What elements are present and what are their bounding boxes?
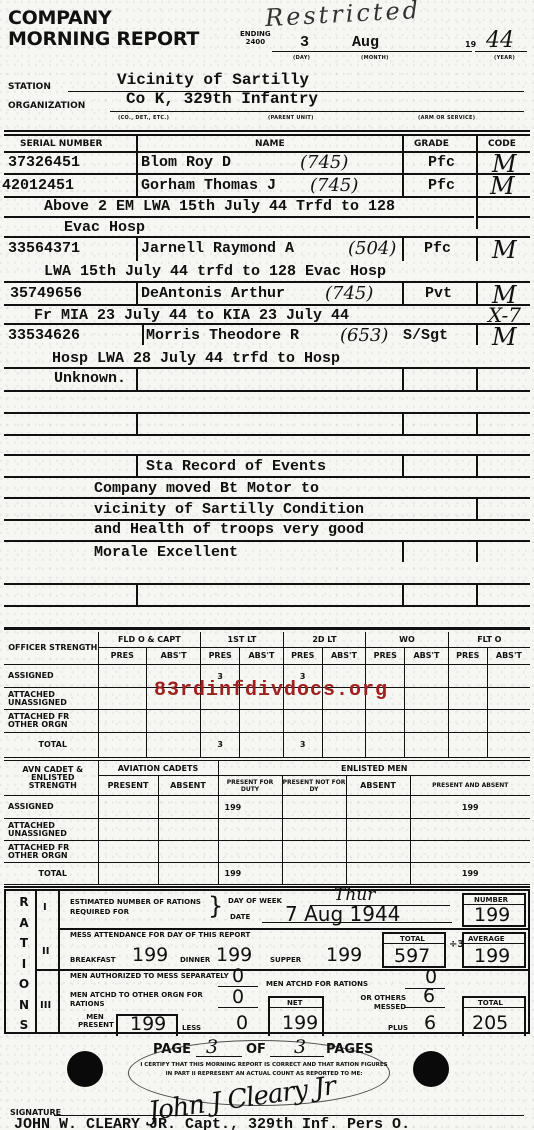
col-divider (136, 412, 138, 434)
col-divider (136, 454, 138, 476)
co-caption: (CO., DET., ETC.) (118, 115, 169, 121)
sub-abst: ABS'T (405, 647, 448, 664)
soldier-name: DeAntonis Arthur (141, 285, 285, 302)
col-serial-number: SERIAL NUMBER (20, 139, 102, 149)
col-name: NAME (255, 139, 285, 149)
row-rule (4, 412, 530, 414)
grade: S/Sgt (403, 327, 448, 344)
month-caption: (MONTH) (361, 55, 389, 61)
cell (147, 732, 201, 757)
row-assigned: ASSIGNED (4, 796, 98, 819)
dinner-value: 199 (216, 944, 252, 966)
row-rule (4, 173, 530, 175)
row-rule (4, 281, 530, 283)
auth-separately-value: 0 (232, 965, 244, 987)
remark-text: Hosp LWA 28 July 44 trfd to Hosp (52, 350, 340, 367)
letter: N (18, 995, 30, 1016)
mess-total-value: 597 (394, 945, 430, 967)
page-number: 3 (206, 1036, 218, 1058)
cell (448, 664, 487, 687)
cell (158, 863, 218, 885)
serial-number: 33564371 (8, 240, 80, 257)
col-divider (402, 412, 404, 434)
serial-number: 35749656 (10, 285, 82, 302)
cell (448, 732, 487, 757)
row-rule (4, 236, 530, 238)
report-day: 3 (300, 34, 309, 51)
cell (322, 732, 365, 757)
group-wo: WO (366, 632, 449, 647)
col-divider (476, 323, 478, 345)
table-top-rule-2 (4, 134, 530, 136)
certification-text: I CERTIFY THAT THIS MORNING REPORT IS CO… (140, 1061, 388, 1079)
report-year: 44 (486, 28, 514, 53)
section-rule (4, 627, 530, 630)
supper-value: 199 (326, 944, 362, 966)
day-of-week-label: DAY OF WEEK (228, 897, 282, 905)
ration-date-value: 7 Aug 1944 (285, 902, 400, 926)
soldier-name: Morris Theodore R (146, 327, 299, 344)
rations-divider (35, 889, 37, 1034)
punch-hole-left (67, 1051, 103, 1087)
ending-label: ENDING 2400 (240, 30, 271, 46)
row-rule (4, 323, 530, 325)
station-label: STATION (8, 82, 51, 92)
record-line: Morale Excellent (94, 544, 238, 561)
col-divider (402, 454, 404, 476)
cell (346, 863, 410, 885)
header-rule (4, 151, 530, 153)
less-value: 0 (236, 1012, 248, 1034)
cell (240, 732, 283, 757)
remark-text: Evac Hosp (64, 219, 145, 236)
row-attached-unassigned: ATTACHED UNASSIGNED (4, 819, 98, 841)
col-divider (476, 583, 478, 605)
col-divider (402, 583, 404, 605)
enlisted-strength-title: AVN CADET & ENLISTED STRENGTH (4, 761, 98, 796)
record-of-events-heading: Sta Record of Events (146, 458, 326, 475)
group-fld-o-capt: FLD O & CAPT (98, 632, 201, 647)
col-grade: GRADE (414, 139, 449, 149)
atchd-other-value: 0 (232, 986, 244, 1008)
enlisted-strength-table: AVN CADET & ENLISTED STRENGTH AVIATION C… (4, 760, 530, 885)
serial-number: 33534626 (8, 327, 80, 344)
mos-code: (745) (325, 283, 373, 304)
day-caption: (DAY) (293, 55, 310, 61)
rations-divider (58, 889, 60, 1034)
record-line: vicinity of Sartilly Condition (94, 501, 364, 518)
row-rule (4, 476, 530, 478)
cell (98, 732, 147, 757)
col-divider (476, 497, 478, 519)
rations-rule (35, 969, 530, 971)
cell (405, 664, 448, 687)
row-rule (4, 304, 530, 306)
form-title-line2: MORNING REPORT (8, 29, 199, 50)
serial-number: 42012451 (2, 177, 74, 194)
rations-required-label: ESTIMATED NUMBER OF RATIONS REQUIRED FOR (70, 897, 210, 917)
row-rule (4, 497, 530, 499)
parent-caption: (PARENT UNIT) (268, 115, 314, 121)
row-rule (478, 216, 530, 218)
less-label: LESS (182, 1024, 201, 1032)
col-divider (476, 540, 478, 562)
mos-code: (745) (300, 152, 348, 173)
morning-report-page: COMPANY MORNING REPORT Restricted ENDING… (0, 0, 534, 1130)
col-present-and-absent: PRESENT AND ABSENT (410, 776, 530, 796)
col-divider (402, 282, 404, 304)
grade: Pfc (424, 240, 451, 257)
page-label: PAGE (153, 1042, 191, 1057)
col-divider (136, 282, 138, 304)
sub-pres: PRES (201, 647, 240, 664)
average-value: 199 (474, 945, 510, 967)
supper-label: SUPPER (270, 956, 301, 964)
rations-number-value: 199 (474, 904, 510, 926)
col-divider (136, 134, 138, 196)
row-assigned: ASSIGNED (4, 664, 98, 687)
col-absent: ABSENT (346, 776, 410, 796)
watermark: 83rdinfdivdocs.org (154, 679, 388, 702)
soldier-name: Blom Roy D (141, 154, 231, 171)
mos-code: (504) (348, 238, 396, 259)
sub-pres: PRES (98, 647, 147, 664)
row-rule (4, 605, 530, 607)
organization-value: Co K, 329th Infantry (126, 90, 318, 108)
cell (282, 796, 346, 819)
cell (487, 732, 530, 757)
col-divider (476, 134, 478, 229)
cell (366, 732, 405, 757)
restricted-stamp: Restricted (264, 0, 421, 32)
sub-abst: ABS'T (487, 647, 530, 664)
others-messed-value: 6 (423, 985, 435, 1007)
group-flt-o: FLT O (448, 632, 530, 647)
cell-present-and-absent: 199 (410, 796, 530, 819)
row-rule (4, 454, 530, 456)
col-divider (476, 368, 478, 390)
date-label: DATE (230, 913, 250, 921)
section-i-numeral: I (43, 902, 47, 913)
rations-rule (58, 928, 530, 930)
cell (282, 863, 346, 885)
col-divider (402, 368, 404, 390)
col-divider (476, 412, 478, 434)
cell (487, 664, 530, 687)
sub-abst: ABS'T (147, 647, 201, 664)
average-rule (464, 936, 524, 944)
cell-present-and-absent-total: 199 (410, 863, 530, 885)
section-rule (4, 886, 530, 888)
mos-code: (653) (340, 325, 388, 346)
net-rule (270, 1000, 322, 1008)
atchd-other-label: MEN ATCHD TO OTHER ORGN FOR RATIONS (70, 991, 230, 1009)
row-rule (4, 434, 530, 436)
letter: A (18, 913, 30, 934)
plus-label: PLUS (388, 1024, 408, 1032)
dinner-label: DINNER (180, 956, 210, 964)
cell (98, 796, 158, 819)
divide-by-3: ÷3 (449, 940, 457, 950)
grade: Pfc (428, 177, 455, 194)
row-total: TOTAL (4, 732, 98, 757)
table-top-rule (4, 130, 530, 132)
cell-2d-lt-total: 3 (283, 732, 322, 757)
section-iii-numeral: III (40, 1000, 51, 1011)
grade: Pvt (425, 285, 452, 302)
col-divider (476, 237, 478, 261)
row-rule (4, 367, 530, 369)
atchd-for-rations-label: MEN ATCHD FOR RATIONS (266, 980, 368, 988)
group-enlisted-men: ENLISTED MEN (218, 761, 530, 776)
sub-abst: ABS'T (240, 647, 283, 664)
station-value: Vicinity of Sartilly (117, 71, 309, 89)
letter: I (18, 954, 30, 975)
row-attached-unassigned: ATTACHED UNASSIGNED (4, 688, 98, 710)
group-2d-lt: 2D LT (283, 632, 366, 647)
col-divider (136, 368, 138, 390)
pages-label: PAGES (326, 1042, 373, 1057)
breakfast-label: BREAKFAST (70, 956, 116, 964)
total-pages: 3 (294, 1036, 306, 1058)
sub-abst: ABS'T (322, 647, 365, 664)
form-title-line1: COMPANY (8, 8, 199, 29)
row-rule (4, 390, 530, 392)
remark-text: LWA 15th July 44 trfd to 128 Evac Hosp (44, 263, 386, 280)
serial-number: 37326451 (8, 154, 80, 171)
rations-total-rule (464, 1000, 524, 1008)
signer-name: JOHN W. CLEARY JR. Capt., 329th Inf. Per… (14, 1116, 410, 1130)
col-code: CODE (488, 139, 516, 149)
row-rule (4, 540, 530, 542)
col-divider (402, 134, 404, 196)
col-divider (402, 540, 404, 562)
total-rule (384, 936, 444, 944)
rations-side-label: R A T I O N S (18, 892, 30, 1036)
group-aviation-cadets: AVIATION CADETS (98, 761, 218, 776)
others-messed-label: OR OTHERS MESSED (346, 994, 406, 1012)
col-present-for-duty: PRESENT FOR DUTY (218, 776, 282, 796)
section-ii-numeral: II (42, 946, 49, 957)
remark-text: Fr MIA 23 July 44 to KIA 23 July 44 (34, 307, 349, 324)
record-line: Company moved Bt Motor to (94, 480, 319, 497)
col-divider (136, 583, 138, 605)
cell (346, 796, 410, 819)
col-divider (142, 323, 144, 345)
col-cadet-present: PRESENT (98, 776, 158, 796)
col-divider (476, 454, 478, 476)
arm-caption: (ARM OR SERVICE) (418, 115, 475, 121)
sub-pres: PRES (366, 647, 405, 664)
page-line (196, 1042, 242, 1057)
signature-line (54, 1104, 524, 1116)
letter: T (18, 933, 30, 954)
brace: } (208, 892, 223, 920)
col-divider (136, 237, 138, 261)
punch-hole-right (413, 1051, 449, 1087)
men-present-label: MEN PRESENT (78, 1013, 112, 1029)
group-1st-lt: 1ST LT (201, 632, 284, 647)
letter: O (18, 974, 30, 995)
remark-text: Unknown. (54, 370, 126, 387)
row-rule (4, 583, 530, 585)
cell-1st-lt-total: 3 (201, 732, 240, 757)
row-attached-other: ATTACHED FR OTHER ORGN (4, 841, 98, 863)
organization-label: ORGANIZATION (8, 101, 85, 111)
men-present-value: 199 (130, 1013, 166, 1035)
cell-present-for-duty-total: 199 (218, 863, 282, 885)
sub-pres: PRES (448, 647, 487, 664)
col-divider (402, 237, 404, 261)
ending-text: ENDING (240, 30, 271, 38)
soldier-name: Jarnell Raymond A (141, 240, 294, 257)
remark-text: Above 2 EM LWA 15th July 44 Trfd to 128 (44, 198, 395, 215)
grade: Pfc (428, 154, 455, 171)
letter: S (18, 1015, 30, 1036)
soldier-name: Gorham Thomas J (141, 177, 276, 194)
row-attached-other: ATTACHED FR OTHER ORGN (4, 710, 98, 732)
auth-separately-label: MEN AUTHORIZED TO MESS SEPARATELY (70, 972, 235, 981)
mos-code: (745) (310, 175, 358, 196)
mess-attendance-label: MESS ATTENDANCE FOR DAY OF THIS REPORT (70, 931, 250, 939)
col-cadet-absent: ABSENT (158, 776, 218, 796)
ending-time: 2400 (240, 38, 271, 46)
of-label: OF (246, 1042, 266, 1057)
rations-total-value: 205 (472, 1012, 508, 1034)
report-month: Aug (352, 34, 379, 51)
cell (405, 732, 448, 757)
plus-value: 6 (424, 1012, 436, 1034)
cell (158, 796, 218, 819)
officer-strength-title: OFFICER STRENGTH (4, 632, 98, 664)
status-code: M (492, 323, 517, 351)
breakfast-value: 199 (132, 944, 168, 966)
cell-present-for-duty: 199 (218, 796, 282, 819)
letter: R (18, 892, 30, 913)
sub-pres: PRES (283, 647, 322, 664)
form-title: COMPANY MORNING REPORT (8, 8, 199, 50)
year-caption: (YEAR) (494, 55, 515, 61)
net-value: 199 (282, 1012, 318, 1034)
status-code: M (492, 236, 517, 264)
row-rule (4, 216, 474, 218)
row-total: TOTAL (4, 863, 98, 885)
record-line: and Health of troops very good (94, 521, 364, 538)
col-present-not-for-duty: PRESENT NOT FOR DY (282, 776, 346, 796)
col-divider (476, 282, 478, 304)
cell (98, 863, 158, 885)
cell (98, 664, 147, 687)
